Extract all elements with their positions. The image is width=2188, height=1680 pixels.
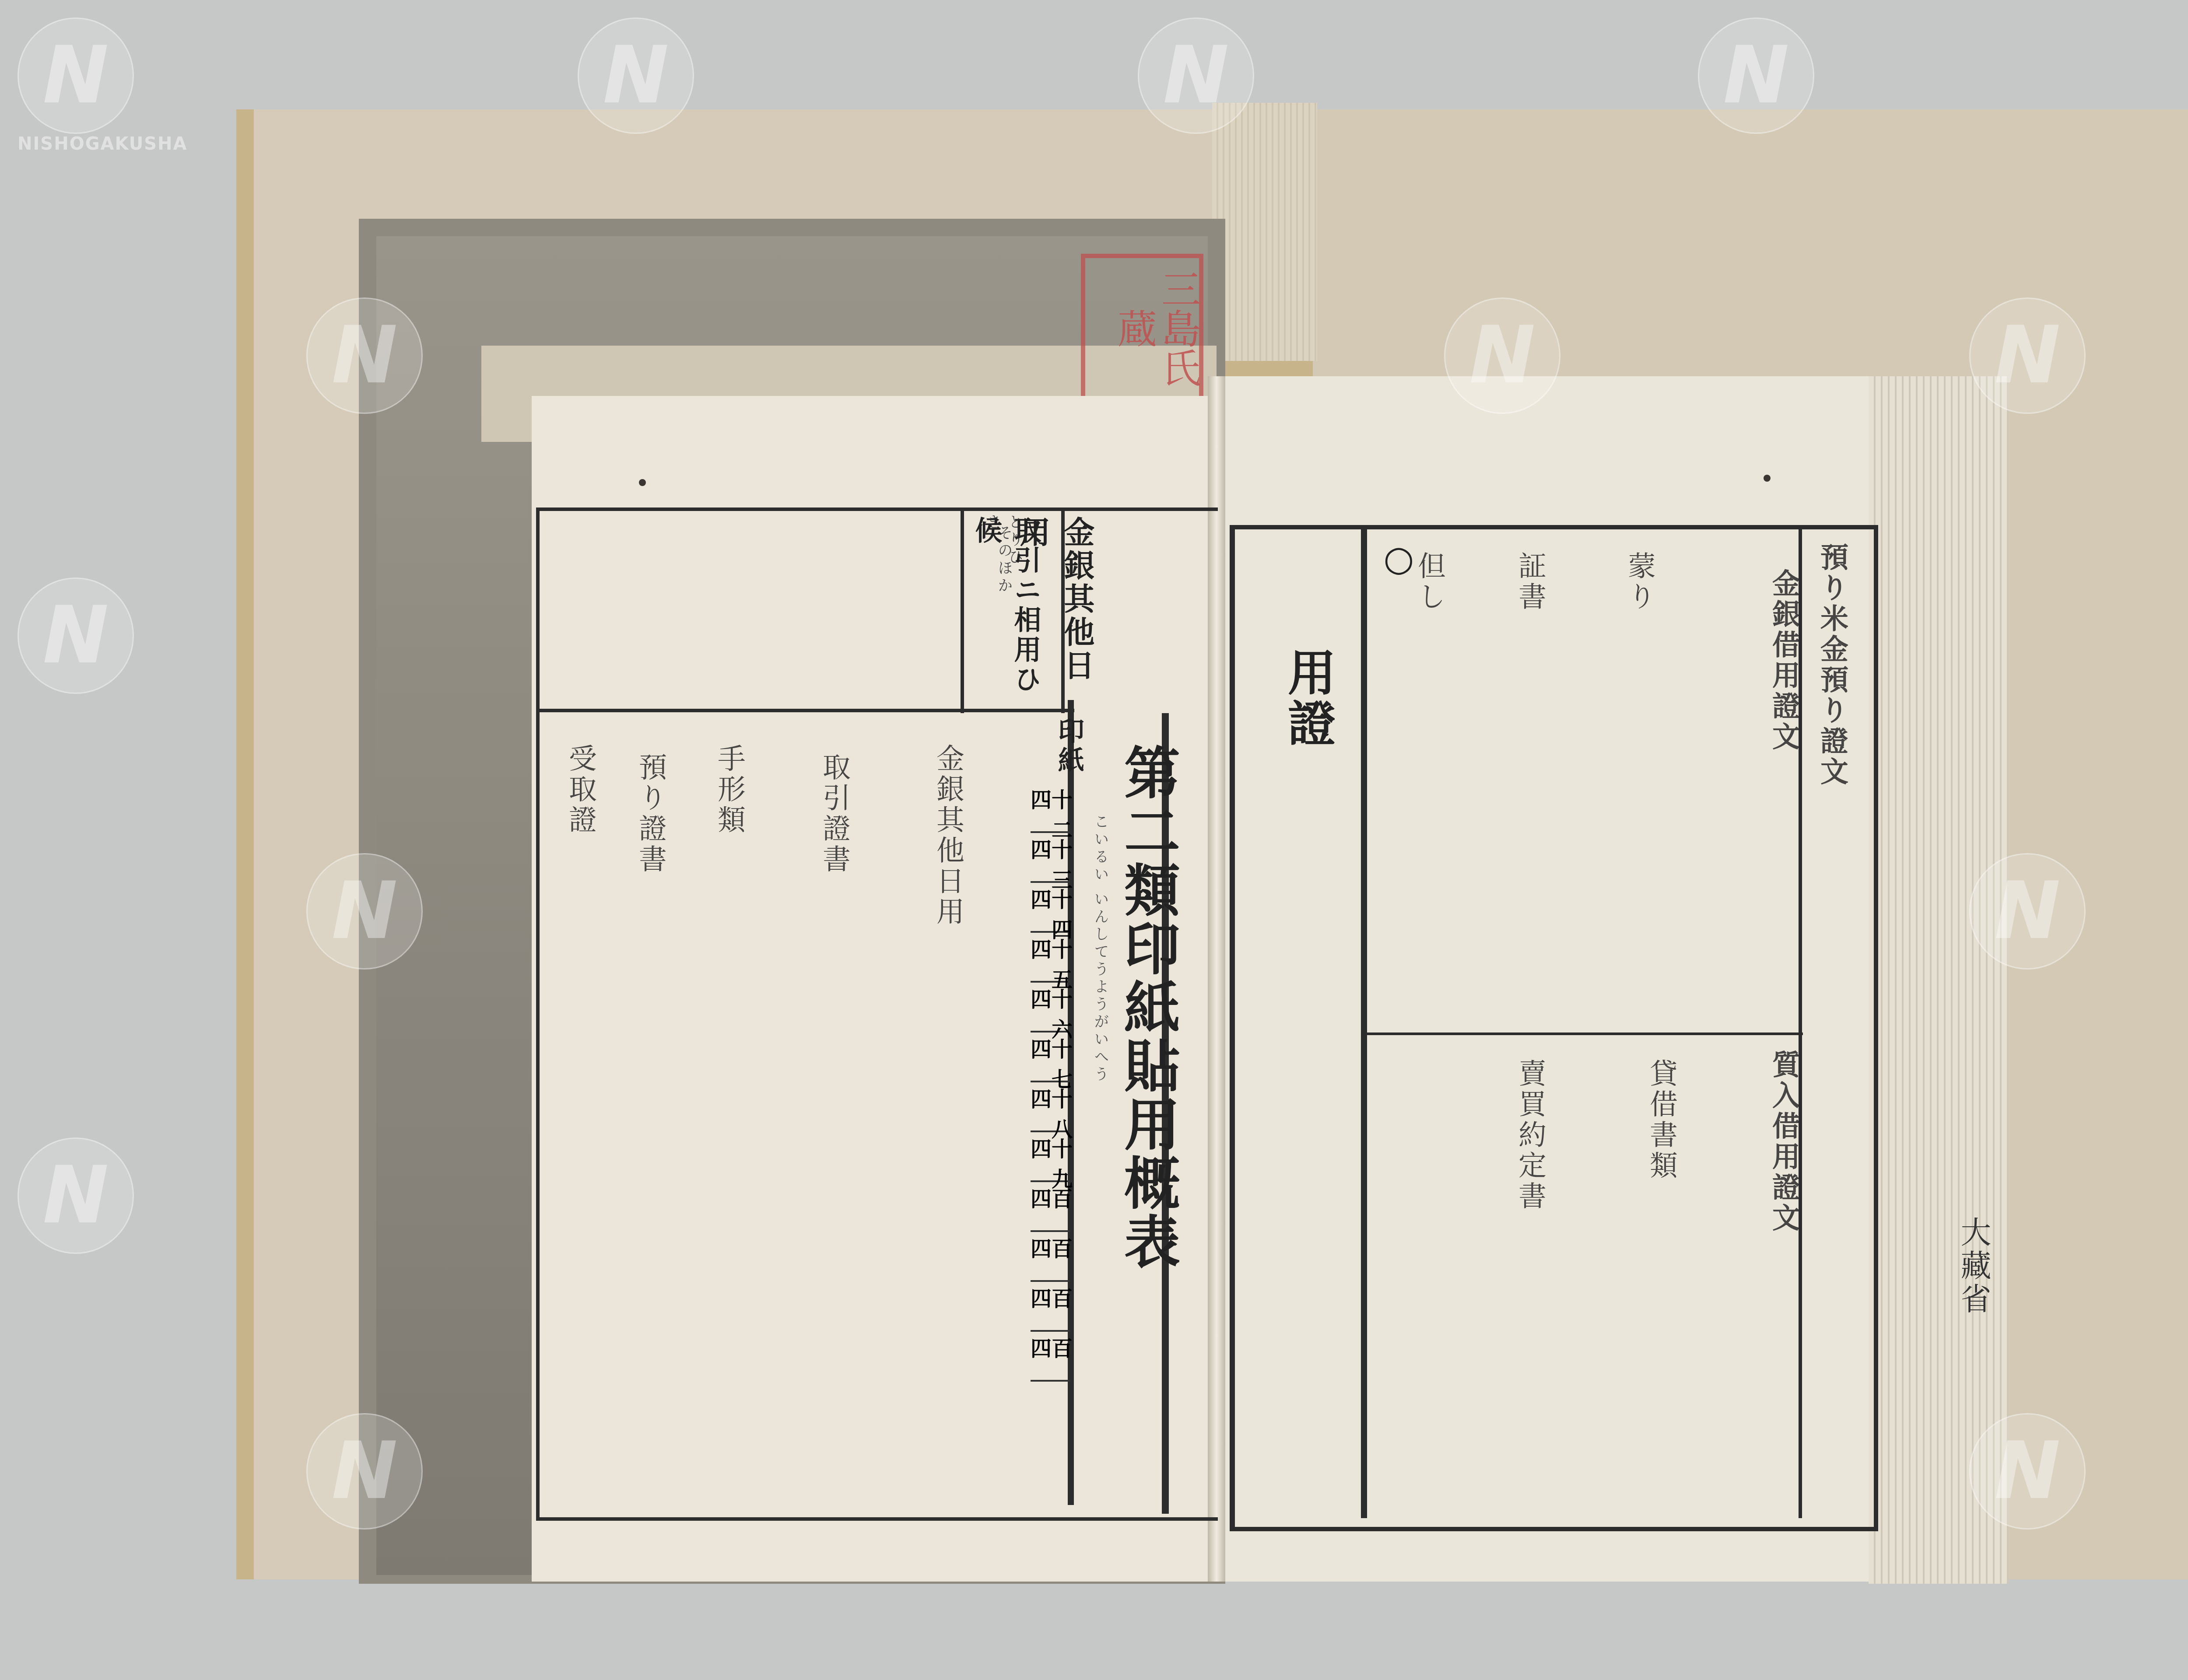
right-large-column: 用證 bbox=[1273, 647, 1343, 1391]
watermark-logo: N bbox=[306, 1413, 423, 1529]
binding-hole bbox=[639, 479, 646, 486]
binding-hole bbox=[1764, 475, 1771, 482]
right-lower-column-3: 賣買約定書 bbox=[1510, 1059, 1550, 1452]
watermark-n-icon: N bbox=[1969, 1413, 2086, 1529]
watermark-n-icon: N bbox=[18, 17, 134, 134]
left-header-rule bbox=[536, 709, 1074, 712]
table-row: 四十八 bbox=[1031, 1082, 1070, 1132]
table-row: 四十四 bbox=[1031, 883, 1070, 933]
left-body-column-3: 手形類 bbox=[709, 744, 749, 1444]
table-row: 四十三 bbox=[1031, 833, 1070, 883]
header-box-line2: 取引ニ相用ひ候 bbox=[967, 516, 1045, 709]
table-row: 四百 bbox=[1031, 1182, 1070, 1232]
folder-spine-pages bbox=[1212, 103, 1317, 361]
table-row: 四十五 bbox=[1031, 933, 1070, 983]
watermark-logo: NNISHOGAKUSHA bbox=[18, 17, 187, 154]
seal-text-1: 三島氏 bbox=[1155, 258, 1199, 398]
table-row: 四百 bbox=[1031, 1232, 1070, 1282]
watermark-logo: N bbox=[1138, 17, 1254, 134]
watermark-n-icon: N bbox=[306, 1413, 423, 1529]
watermark-logo: N bbox=[18, 1137, 134, 1254]
right-mid-column-2: 証書 bbox=[1510, 551, 1550, 945]
watermark-n-icon: N bbox=[1969, 853, 2086, 969]
watermark-logo: N bbox=[18, 577, 134, 694]
table-row: 四十九 bbox=[1031, 1132, 1070, 1182]
right-top-column-1: 預り米金預り證文 bbox=[1812, 542, 1852, 1024]
left-body-column-2: 取引證書 bbox=[814, 752, 854, 1452]
table-header: 印紙 bbox=[1050, 717, 1088, 783]
watermark-logo: N bbox=[1444, 297, 1560, 414]
watermark-n-icon: N bbox=[578, 17, 694, 134]
table-row: 四十七 bbox=[1031, 1032, 1070, 1082]
watermark-n-icon: N bbox=[18, 577, 134, 694]
fore-edge-title: 大藏省 bbox=[1952, 1216, 1996, 1316]
right-mid-column-3: 但し bbox=[1409, 551, 1449, 945]
table-row: 四十二 bbox=[1031, 783, 1070, 833]
stamp-table: 四十二 四十三 四十四 四十五 四十六 四十七 四十八 四十九 四百 四百 四百… bbox=[1031, 783, 1070, 1382]
page-fore-edge bbox=[1869, 376, 2009, 1584]
right-lower-column-2: 貸借書類 bbox=[1641, 1059, 1681, 1452]
table-row: 四十六 bbox=[1031, 983, 1070, 1032]
table-row: 四百 bbox=[1031, 1332, 1070, 1382]
watermark-n-icon: N bbox=[1969, 297, 2086, 414]
watermark-logo: N bbox=[1969, 297, 2086, 414]
page-title: 第二類印紙貼用概表 bbox=[1107, 744, 1188, 1400]
left-body-column-1: 金銀其他日用 bbox=[928, 744, 968, 1444]
seal-text-2: 蔵 bbox=[1112, 258, 1155, 398]
left-body-column-4: 預り證書 bbox=[630, 752, 670, 1452]
watermark-logo: N bbox=[1969, 853, 2086, 969]
watermark-n-icon: N bbox=[1444, 297, 1560, 414]
watermark-n-icon: N bbox=[1698, 17, 1814, 134]
watermark-logo: N bbox=[578, 17, 694, 134]
left-header-divider bbox=[961, 507, 964, 713]
watermark-n-icon: N bbox=[1138, 17, 1254, 134]
right-top-column-2: 金銀借用證文 bbox=[1764, 569, 1804, 1006]
ownership-seal: 三島氏 蔵 bbox=[1081, 254, 1203, 402]
watermark-n-icon: N bbox=[18, 1137, 134, 1254]
page-title-ruby: こいるい いんしてうようがいへう bbox=[1090, 814, 1111, 1251]
table-row: 四百 bbox=[1031, 1282, 1070, 1332]
watermark-logo: N bbox=[306, 297, 423, 414]
watermark-n-icon: N bbox=[306, 297, 423, 414]
right-middle-rule bbox=[1365, 1032, 1803, 1035]
right-lower-column-1: 質入借用證文 bbox=[1764, 1050, 1804, 1487]
right-inner-rule bbox=[1361, 529, 1367, 1518]
right-mid-column-1: 蒙り bbox=[1619, 551, 1659, 945]
left-body-column-5: 受取證 bbox=[560, 744, 600, 1444]
watermark-logo: N bbox=[1969, 1413, 2086, 1529]
watermark-logo: N bbox=[1698, 17, 1814, 134]
watermark-logo: N bbox=[306, 853, 423, 969]
watermark-n-icon: N bbox=[306, 853, 423, 969]
